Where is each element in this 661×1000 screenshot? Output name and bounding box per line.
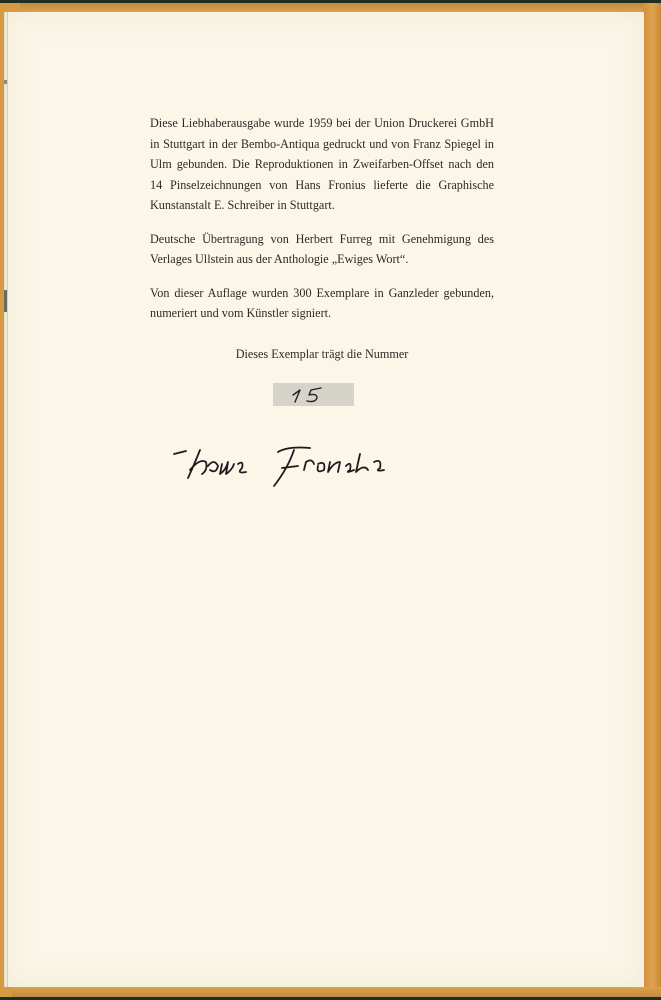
colophon-paragraph-edition: Von dieser Auflage wurden 300 Exemplare … — [150, 283, 494, 324]
cover-top-edge — [20, 3, 661, 12]
colophon-paragraph-translation: Deutsche Übertragung von Herbert Furreg … — [150, 229, 494, 270]
colophon-paragraph-printing: Diese Liebhaberausgabe wurde 1959 bei de… — [150, 113, 494, 216]
copy-number-label: Dieses Exemplar trägt die Nummer — [150, 344, 494, 364]
handwritten-copy-number — [273, 383, 354, 406]
binding-mark — [4, 80, 7, 84]
cover-right-edge — [643, 3, 661, 997]
binding-mark — [4, 290, 7, 312]
artist-signature — [170, 440, 470, 490]
colophon-text: Diese Liebhaberausgabe wurde 1959 bei de… — [150, 113, 494, 337]
cover-bottom-edge — [12, 987, 661, 997]
copy-number-box — [273, 383, 354, 406]
gutter-line — [7, 12, 8, 987]
